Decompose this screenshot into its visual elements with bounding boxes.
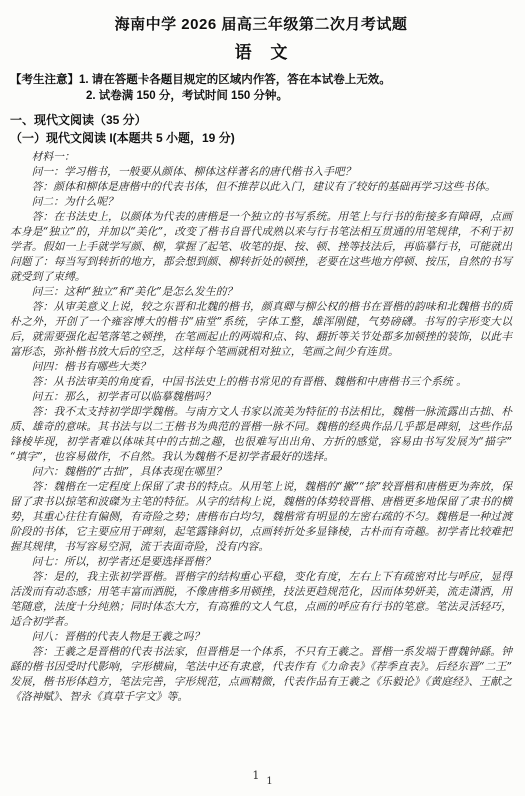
qa-question: 问七：所以，初学者还是要选择晋楷？ <box>10 554 512 569</box>
qa-item-6: 问六：魏楷的“古拙”，具体表现在哪里？ 答：魏楷在一定程度上保留了隶书的特点。从… <box>10 464 512 554</box>
page-footer: 11 <box>0 769 525 782</box>
qa-item-4: 问四：楷书有哪些大类？ 答：从书法审美的角度看，中国书法史上的楷书常见的有晋楷、… <box>10 359 512 389</box>
qa-question: 问二：为什么呢？ <box>10 194 512 209</box>
candidate-notice: 【考生注意】1. 请在答题卡各题目规定的区域内作答，答在本试卷上无效。 2. 试… <box>10 73 512 104</box>
page-number: 1 <box>252 769 259 782</box>
qa-answer: 答：从书法审美的角度看，中国书法史上的楷书常见的有晋楷、魏楷和中唐楷书三个系统 … <box>10 374 512 389</box>
qa-item-8: 问八：晋楷的代表人物是王羲之吗？ 答：王羲之是晋楷的代表书法家，但晋楷是一个体系… <box>10 629 512 704</box>
reading-material: 材料一： 问一：学习楷书，一般要从颜体、柳体这样著名的唐代楷书入手吧？ 答：颜体… <box>10 149 512 704</box>
qa-question: 问一：学习楷书，一般要从颜体、柳体这样著名的唐代楷书入手吧？ <box>10 164 512 179</box>
page-number-secondary: 1 <box>266 776 272 787</box>
exam-title: 海南中学 2026 届高三年级第二次月考试题 <box>10 13 512 34</box>
section-heading-modern-reading: 一、现代文阅读（35 分） <box>10 112 512 128</box>
notice-line-1: 【考生注意】1. 请在答题卡各题目规定的区域内作答，答在本试卷上无效。 <box>10 73 512 89</box>
exam-paper-page: 海南中学 2026 届高三年级第二次月考试题 语 文 【考生注意】1. 请在答题… <box>0 0 525 796</box>
qa-item-1: 问一：学习楷书，一般要从颜体、柳体这样著名的唐代楷书入手吧？ 答：颜体和柳体是唐… <box>10 164 512 194</box>
subsection-heading-reading-1: （一）现代文阅读 I(本题共 5 小题，19 分) <box>10 130 512 146</box>
qa-question: 问三：这种“独立”和“美化”是怎么发生的？ <box>10 284 512 299</box>
qa-item-3: 问三：这种“独立”和“美化”是怎么发生的？ 答：从审美意义上说，较之东晋和北魏的… <box>10 284 512 359</box>
qa-answer: 答：颜体和柳体是唐楷中的代表书体，但不推荐以此入门，建议有了较好的基础再学习这些… <box>10 179 512 194</box>
material-label: 材料一： <box>10 149 512 164</box>
qa-answer: 答：是的，我主张初学晋楷。晋楷字的结构重心平稳，变化有度，左右上下有疏密对比与呼… <box>10 569 512 629</box>
qa-answer: 答：王羲之是晋楷的代表书法家，但晋楷是一个体系，不只有王羲之。晋楷一系发端于曹魏… <box>10 644 512 704</box>
qa-answer: 答：在书法史上，以颜体为代表的唐楷是一个独立的书写系统。用笔上与行书的衔接多有障… <box>10 209 512 284</box>
qa-answer: 答：魏楷在一定程度上保留了隶书的特点。从用笔上说，魏楷的“撇”“捺”较晋楷和唐楷… <box>10 479 512 554</box>
qa-question: 问六：魏楷的“古拙”，具体表现在哪里？ <box>10 464 512 479</box>
qa-item-5: 问五：那么，初学者可以临摹魏楷吗？ 答：我不太支持初学即学魏楷。与南方文人书家以… <box>10 389 512 464</box>
qa-item-7: 问七：所以，初学者还是要选择晋楷？ 答：是的，我主张初学晋楷。晋楷字的结构重心平… <box>10 554 512 629</box>
qa-question: 问五：那么，初学者可以临摹魏楷吗？ <box>10 389 512 404</box>
qa-answer: 答：我不太支持初学即学魏楷。与南方文人书家以流美为特征的书法相比，魏楷一脉流露出… <box>10 404 512 464</box>
qa-item-2: 问二：为什么呢？ 答：在书法史上，以颜体为代表的唐楷是一个独立的书写系统。用笔上… <box>10 194 512 284</box>
notice-line-2: 2. 试卷满 150 分，考试时间 150 分钟。 <box>86 89 512 105</box>
qa-answer: 答：从审美意义上说，较之东晋和北魏的楷书，颜真卿与柳公权的楷书在晋楷的韵味和北魏… <box>10 299 512 359</box>
subject-title: 语 文 <box>10 38 512 63</box>
qa-question: 问四：楷书有哪些大类？ <box>10 359 512 374</box>
qa-question: 问八：晋楷的代表人物是王羲之吗？ <box>10 629 512 644</box>
